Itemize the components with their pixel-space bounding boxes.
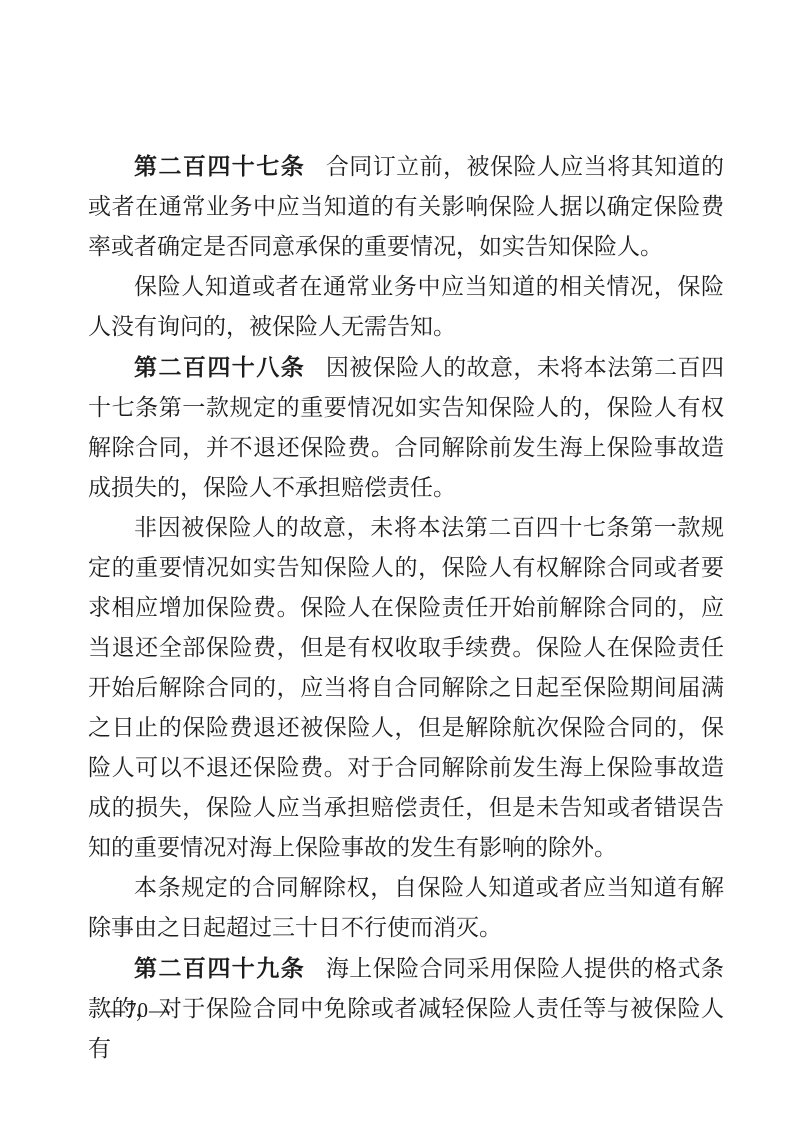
article-number: 第二百四十九条 <box>134 955 305 981</box>
page-number: —70— <box>104 996 171 1024</box>
article-number: 第二百四十八条 <box>134 354 305 380</box>
paragraph: 本条规定的合同解除权，自保险人知道或者应当知道有解除事由之日起超过三十日不行使而… <box>88 868 724 948</box>
article-number: 第二百四十七条 <box>134 153 305 179</box>
paragraph-text: 非因被保险人的故意，未将本法第二百四十七条第一款规定的重要情况如实告知保险人的，… <box>88 515 724 860</box>
document-page: 第二百四十七条合同订立前，被保险人应当将其知道的或者在通常业务中应当知道的有关影… <box>0 0 793 1122</box>
paragraph: 第二百四十七条合同订立前，被保险人应当将其知道的或者在通常业务中应当知道的有关影… <box>88 146 724 267</box>
paragraph-text: 本条规定的合同解除权，自保险人知道或者应当知道有解除事由之日起超过三十日不行使而… <box>88 875 724 940</box>
paragraph: 保险人知道或者在通常业务中应当知道的相关情况，保险人没有询问的，被保险人无需告知… <box>88 267 724 347</box>
paragraph: 第二百四十九条海上保险合同采用保险人提供的格式条款的，对于保险合同中免除或者减轻… <box>88 948 724 1069</box>
paragraph: 非因被保险人的故意，未将本法第二百四十七条第一款规定的重要情况如实告知保险人的，… <box>88 508 724 868</box>
paragraph-text: 保险人知道或者在通常业务中应当知道的相关情况，保险人没有询问的，被保险人无需告知… <box>88 274 724 339</box>
document-body: 第二百四十七条合同订立前，被保险人应当将其知道的或者在通常业务中应当知道的有关影… <box>88 146 724 1069</box>
paragraph: 第二百四十八条因被保险人的故意，未将本法第二百四十七条第一款规定的重要情况如实告… <box>88 347 724 508</box>
